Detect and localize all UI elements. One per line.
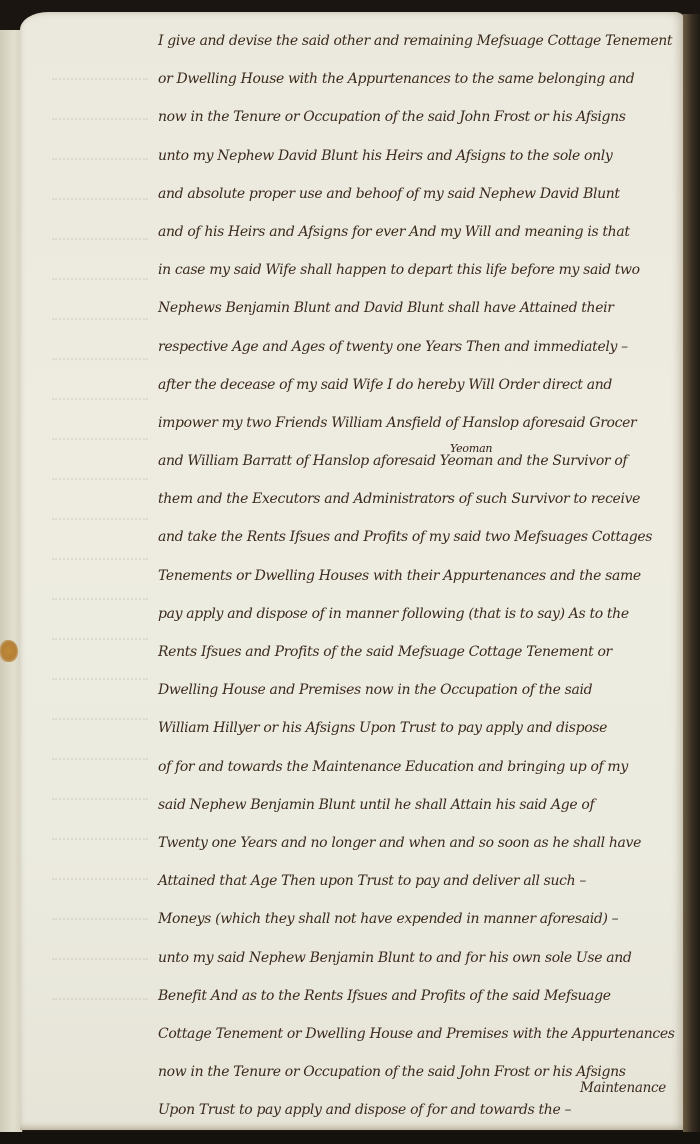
text-line: and take the Rents Ifsues and Profits of… — [158, 518, 678, 556]
text-line: in case my said Wife shall happen to dep… — [158, 251, 678, 289]
text-line: after the decease of my said Wife I do h… — [158, 366, 678, 404]
text-line: I give and devise the said other and rem… — [158, 22, 678, 60]
text-line: Dwelling House and Premises now in the O… — [158, 671, 678, 709]
bleed-through-text — [40, 40, 160, 1040]
catchword: Maintenance — [580, 1080, 666, 1096]
text-line: and of his Heirs and Afsigns for ever An… — [158, 213, 678, 251]
handwritten-text-block: I give and devise the said other and rem… — [158, 22, 686, 1129]
text-line: of for and towards the Maintenance Educa… — [158, 748, 678, 786]
paper-stain — [0, 640, 18, 662]
text-line: and absolute proper use and behoof of my… — [158, 175, 678, 213]
text-line: Tenements or Dwelling Houses with their … — [158, 557, 678, 595]
text-line: pay apply and dispose of in manner follo… — [158, 595, 678, 633]
text-line: Twenty one Years and no longer and when … — [158, 824, 678, 862]
text-line: William Hillyer or his Afsigns Upon Trus… — [158, 709, 678, 747]
interlineation-yeoman: Yeoman — [450, 442, 492, 455]
text-line: impower my two Friends William Ansfield … — [158, 404, 678, 442]
text-line: Rents Ifsues and Profits of the said Mef… — [158, 633, 678, 671]
text-line: unto my Nephew David Blunt his Heirs and… — [158, 137, 678, 175]
bottom-shadow — [0, 1132, 700, 1144]
text-line: and William Barratt of Hanslop aforesaid… — [158, 442, 678, 480]
text-line: Upon Trust to pay apply and dispose of f… — [158, 1091, 678, 1129]
text-line: Benefit And as to the Rents Ifsues and P… — [158, 977, 678, 1015]
manuscript-scan: I give and devise the said other and rem… — [0, 0, 700, 1144]
text-line: Nephews Benjamin Blunt and David Blunt s… — [158, 289, 678, 327]
text-line: now in the Tenure or Occupation of the s… — [158, 98, 678, 136]
text-line: Attained that Age Then upon Trust to pay… — [158, 862, 678, 900]
text-line: respective Age and Ages of twenty one Ye… — [158, 328, 678, 366]
text-line: unto my said Nephew Benjamin Blunt to an… — [158, 939, 678, 977]
text-line: or Dwelling House with the Appurtenances… — [158, 60, 678, 98]
text-line: Moneys (which they shall not have expend… — [158, 900, 678, 938]
text-line: said Nephew Benjamin Blunt until he shal… — [158, 786, 678, 824]
text-line: them and the Executors and Administrator… — [158, 480, 678, 518]
text-line: Cottage Tenement or Dwelling House and P… — [158, 1015, 678, 1053]
